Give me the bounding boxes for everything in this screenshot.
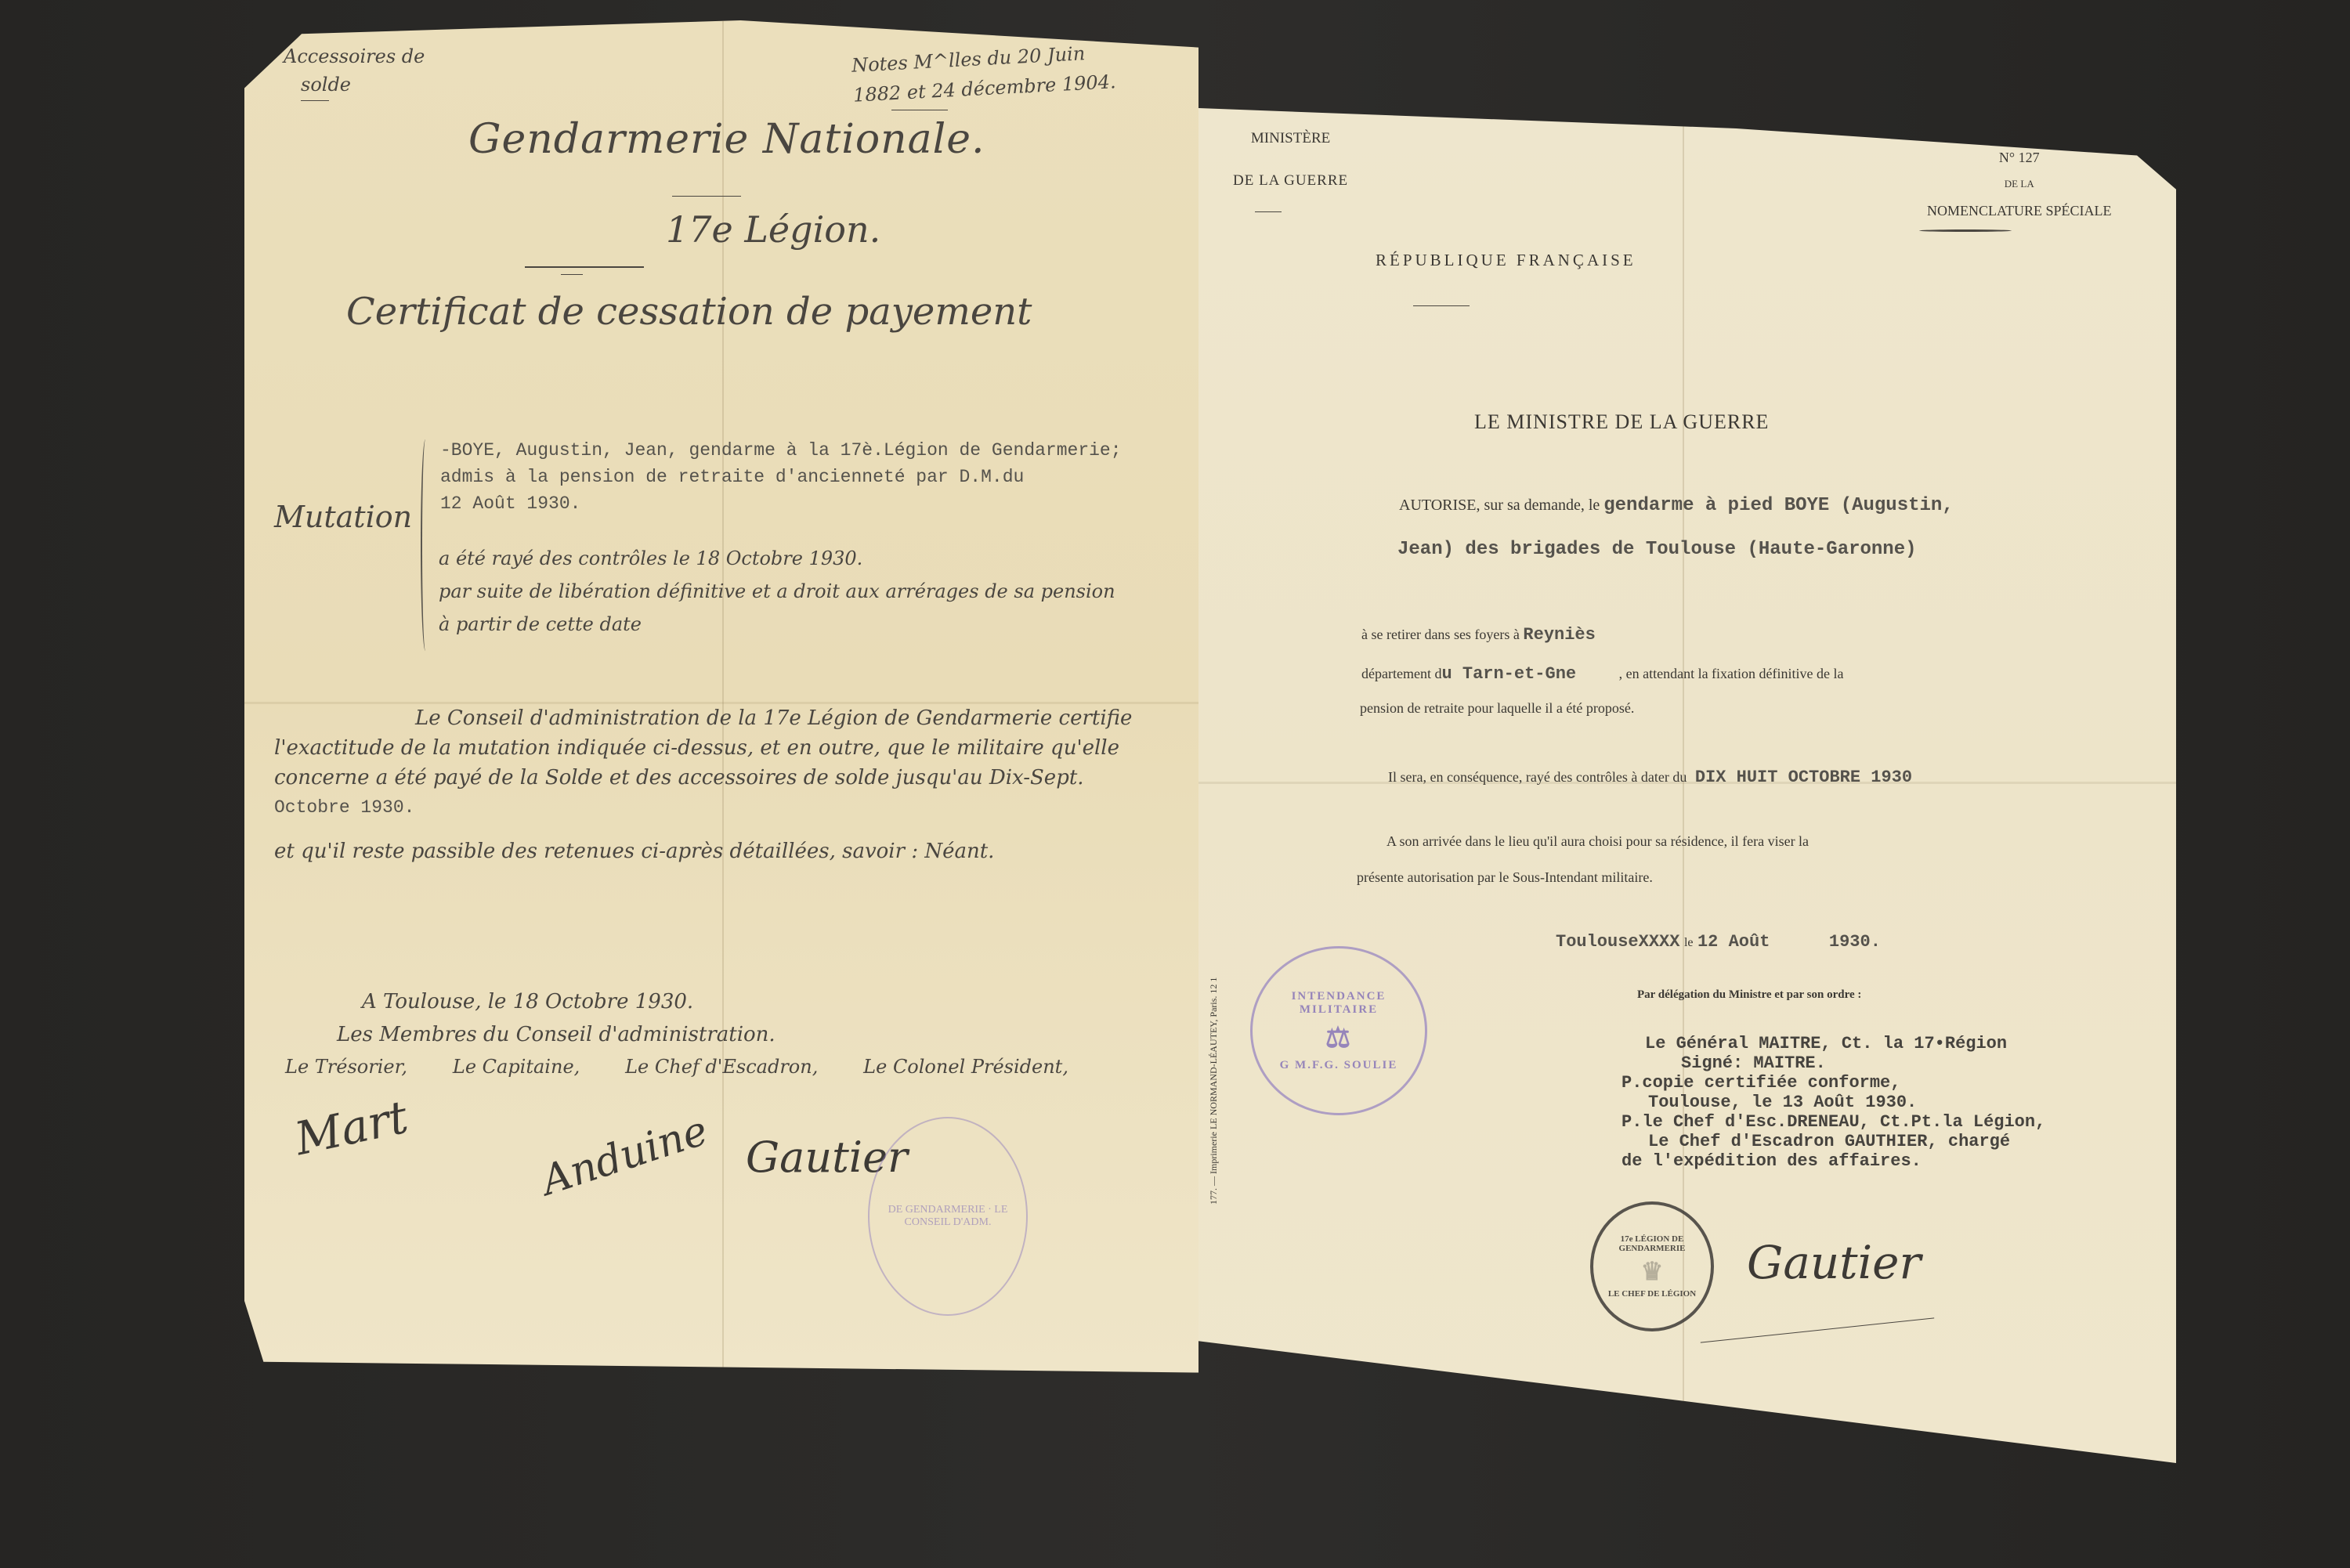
seated-liberty-emblem-icon: ⚖ [1325,1021,1352,1054]
divider [561,274,583,275]
mutation-label: Mutation [274,500,412,534]
pension-line: pension de retraite pour laquelle il a é… [1360,700,1634,717]
department-line: département du Tarn-et-Gne , en attendan… [1361,664,1844,684]
struck-off-line: Il sera, en conséquence, rayé des contrô… [1388,768,1912,787]
delegation-line: Par délégation du Ministre et par son or… [1637,988,1861,1002]
council-stamp: DE GENDARMERIE · LE CONSEIL D'ADM. [868,1117,1028,1316]
ornament-rule [1413,305,1470,306]
nomenclature-header: N° 127 DE LA NOMENCLATURE SPÉCIALE [1927,144,2112,224]
place-date-line: ToulouseXXXX le 12 Août 1930. [1556,930,1881,952]
signature-block: Le Général MAITRE, Ct. la 17•Région Sign… [1621,1034,2045,1171]
arrival-line-1: A son arrivée dans le lieu qu'il aura ch… [1386,833,1809,850]
mutation-typed-text: -BOYE, Augustin, Jean, gendarme à la 17è… [440,437,1122,517]
authorise-line-1: AUTORISE, sur sa demande, le gendarme à … [1399,495,1954,516]
signature-treasurer: Mart [291,1090,413,1166]
signature-underline [1701,1317,1934,1342]
printer-margin-text: 177. — Imprimerie LE NORMAND-LÉAUTEY, Pa… [1208,977,1220,1205]
ministry-header: MINISTÈRE DE LA GUERRE [1233,117,1348,202]
signatory-captain: Le Capitaine, [453,1056,580,1078]
crowned-emblem-icon: ♛ [1641,1256,1664,1286]
republic-title: RÉPUBLIQUE FRANÇAISE [1376,251,1636,270]
corner-note-left: Accessoires de solde [284,42,425,99]
brace-bracket [421,439,430,651]
left-document-certificate: Accessoires de solde Notes M^lles du 20 … [244,20,1198,1375]
signature-captain: Anduine [536,1107,714,1205]
signature-gauthier: Gautier [1747,1236,1921,1289]
arrival-line-2: présente autorisation par le Sous-Intend… [1357,869,1653,886]
mutation-handwritten-text: a été rayé des contrôles le 18 Octobre 1… [439,542,1115,641]
corner-note-right: Notes M^lles du 20 Juin 1882 et 24 décem… [851,37,1116,110]
ornament-rule [1919,229,2012,232]
intendance-stamp: INTENDANCE MILITAIRE ⚖ G M.F.G. SOULIE [1250,946,1427,1115]
council-members-line: Les Membres du Conseil d'administration. [337,1023,775,1046]
certificate-title: Certificat de cessation de payement [346,290,1032,334]
signatory-president: Le Colonel Président, [863,1056,1068,1078]
ornament-rule [525,266,644,268]
signatory-squadron-chief: Le Chef d'Escadron, [625,1056,818,1078]
divider [672,196,741,197]
retire-line: à se retirer dans ses foyers à Reyniès [1361,625,1596,645]
council-certification-text: Le Conseil d'administration de la 17e Lé… [274,703,1132,866]
right-document-authorisation: MINISTÈRE DE LA GUERRE N° 127 DE LA NOME… [1198,108,2176,1463]
header-title: Gendarmerie Nationale. [468,116,985,163]
ornament-rule [1255,211,1282,212]
divider [301,100,329,101]
legion-title: 17e Légion. [666,208,880,251]
authorise-line-2: Jean) des brigades de Toulouse (Haute-Ga… [1397,539,1917,560]
place-date: A Toulouse, le 18 Octobre 1930. [362,990,693,1013]
legion-stamp: 17e LÉGION DE GENDARMERIE ♛ LE CHEF DE L… [1590,1201,1714,1331]
minister-title: LE MINISTRE DE LA GUERRE [1474,410,1769,434]
signatory-treasurer: Le Trésorier, [285,1056,407,1078]
signatory-titles: Le Trésorier, Le Capitaine, Le Chef d'Es… [285,1056,1068,1078]
divider [891,110,948,110]
